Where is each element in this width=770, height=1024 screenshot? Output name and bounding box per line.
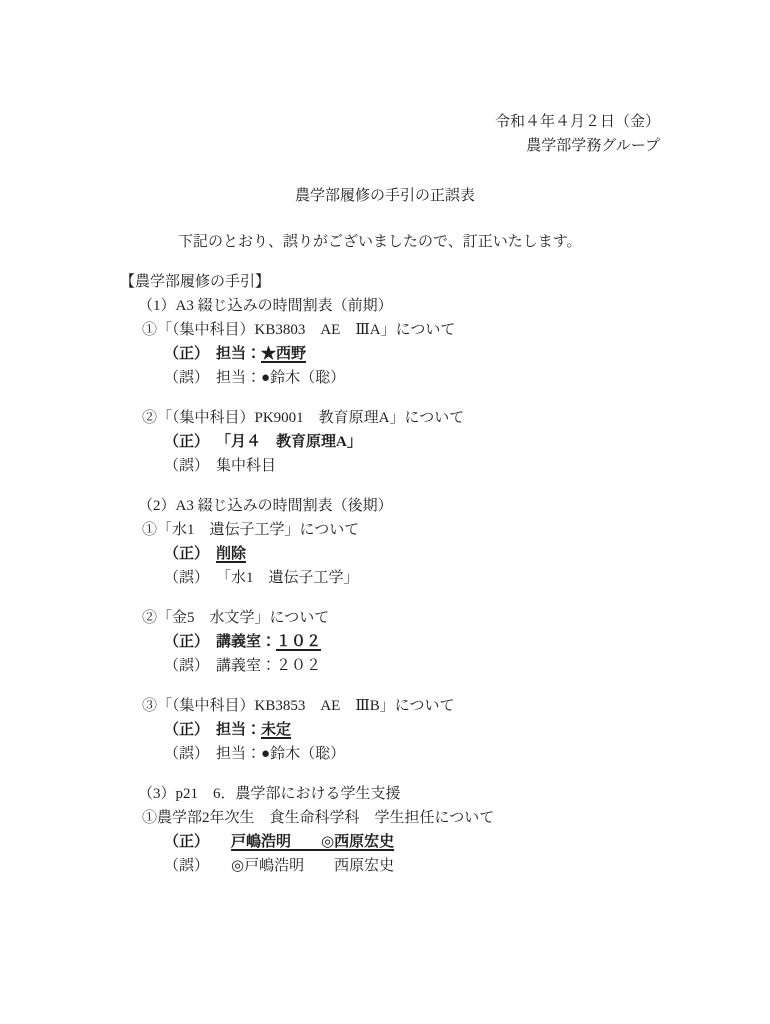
intro-paragraph: 下記のとおり、誤りがございましたので、訂正いたします。 — [178, 230, 770, 254]
wrong-line: （誤）集中科目 — [164, 454, 770, 478]
wrong-label: （誤） — [164, 742, 209, 766]
wrong-label: （誤） — [164, 366, 209, 390]
correct-label: （正） — [164, 630, 209, 654]
wrong-text: 講義室：２０２ — [216, 658, 321, 674]
document-page: 令和４年４月２日（金） 農学部学務グループ 農学部履修の手引の正誤表 下記のとお… — [0, 0, 770, 1024]
correct-line: （正）講義室：１０２ — [164, 630, 770, 654]
document-header: 令和４年４月２日（金） 農学部学務グループ — [0, 110, 770, 158]
correct-emphasis: ★西野 — [261, 346, 306, 362]
wrong-text: 集中科目 — [216, 458, 276, 474]
correction-item: ②「金5 水文学」について （正）講義室：１０２ （誤）講義室：２０２ — [0, 606, 770, 678]
correct-label: （正） — [164, 342, 209, 366]
header-department: 農学部学務グループ — [0, 134, 770, 158]
correction-group-2: （2）A3 綴じ込みの時間割表（後期） ①「水1 遺伝子工学」について （正）削… — [0, 494, 770, 766]
correct-emphasis: 戸嶋浩明 ◎西原宏史 — [231, 834, 394, 850]
correct-text: 担当： — [216, 346, 261, 362]
wrong-label: （誤） — [164, 454, 209, 478]
item-subject: ②「金5 水文学」について — [142, 606, 770, 630]
section-heading: 【農学部履修の手引】 — [120, 270, 770, 294]
wrong-line: （誤）担当：●鈴木（聡） — [164, 742, 770, 766]
correct-emphasis: 未定 — [261, 722, 291, 738]
wrong-text: 担当：●鈴木（聡） — [216, 370, 345, 386]
correct-text: 担当： — [216, 722, 261, 738]
wrong-line: （誤）担当：●鈴木（聡） — [164, 366, 770, 390]
correction-item: ①「（集中科目）KB3803 AE ⅢA」について （正）担当：★西野 （誤）担… — [0, 318, 770, 390]
wrong-line: （誤） ◎戸嶋浩明 西原宏史 — [164, 854, 770, 878]
correct-label: （正） — [164, 830, 209, 854]
wrong-text: ◎戸嶋浩明 西原宏史 — [216, 858, 394, 874]
correct-line: （正）「月４ 教育原理A」 — [164, 430, 770, 454]
correct-label: （正） — [164, 542, 209, 566]
correction-item: ③「（集中科目）KB3853 AE ⅢB」について （正）担当：未定 （誤）担当… — [0, 694, 770, 766]
wrong-text: 担当：●鈴木（聡） — [216, 746, 345, 762]
correction-item: ①農学部2年次生 食生命科学科 学生担任について （正） 戸嶋浩明 ◎西原宏史 … — [0, 806, 770, 878]
correct-text: 「月４ 教育原理A」 — [216, 434, 362, 450]
header-date: 令和４年４月２日（金） — [0, 110, 770, 134]
item-subject: ①農学部2年次生 食生命科学科 学生担任について — [142, 806, 770, 830]
correct-line: （正）担当：未定 — [164, 718, 770, 742]
document-title: 農学部履修の手引の正誤表 — [0, 184, 770, 208]
wrong-label: （誤） — [164, 854, 209, 878]
correct-line: （正）担当：★西野 — [164, 342, 770, 366]
wrong-label: （誤） — [164, 566, 209, 590]
correction-item: ①「水1 遺伝子工学」について （正）削除 （誤）「水1 遺伝子工学」 — [0, 518, 770, 590]
correct-line: （正） 戸嶋浩明 ◎西原宏史 — [164, 830, 770, 854]
wrong-text: 「水1 遺伝子工学」 — [216, 570, 359, 586]
correct-line: （正）削除 — [164, 542, 770, 566]
correction-item: ②「（集中科目）PK9001 教育原理A」について （正）「月４ 教育原理A」 … — [0, 406, 770, 478]
item-subject: ①「（集中科目）KB3803 AE ⅢA」について — [142, 318, 770, 342]
correct-emphasis: １０２ — [276, 634, 321, 650]
item-subject: ③「（集中科目）KB3853 AE ⅢB」について — [142, 694, 770, 718]
correction-group-3: （3）p21 6．農学部における学生支援 ①農学部2年次生 食生命科学科 学生担… — [0, 782, 770, 878]
group-heading: （1）A3 綴じ込みの時間割表（前期） — [138, 294, 770, 318]
correction-group-1: （1）A3 綴じ込みの時間割表（前期） ①「（集中科目）KB3803 AE ⅢA… — [0, 294, 770, 478]
correct-label: （正） — [164, 718, 209, 742]
correct-text — [216, 834, 231, 850]
correct-text: 講義室： — [216, 634, 276, 650]
item-subject: ②「（集中科目）PK9001 教育原理A」について — [142, 406, 770, 430]
group-heading: （3）p21 6．農学部における学生支援 — [138, 782, 770, 806]
item-subject: ①「水1 遺伝子工学」について — [142, 518, 770, 542]
correct-label: （正） — [164, 430, 209, 454]
wrong-line: （誤）「水1 遺伝子工学」 — [164, 566, 770, 590]
wrong-line: （誤）講義室：２０２ — [164, 654, 770, 678]
wrong-label: （誤） — [164, 654, 209, 678]
correct-emphasis: 削除 — [216, 546, 246, 562]
group-heading: （2）A3 綴じ込みの時間割表（後期） — [138, 494, 770, 518]
